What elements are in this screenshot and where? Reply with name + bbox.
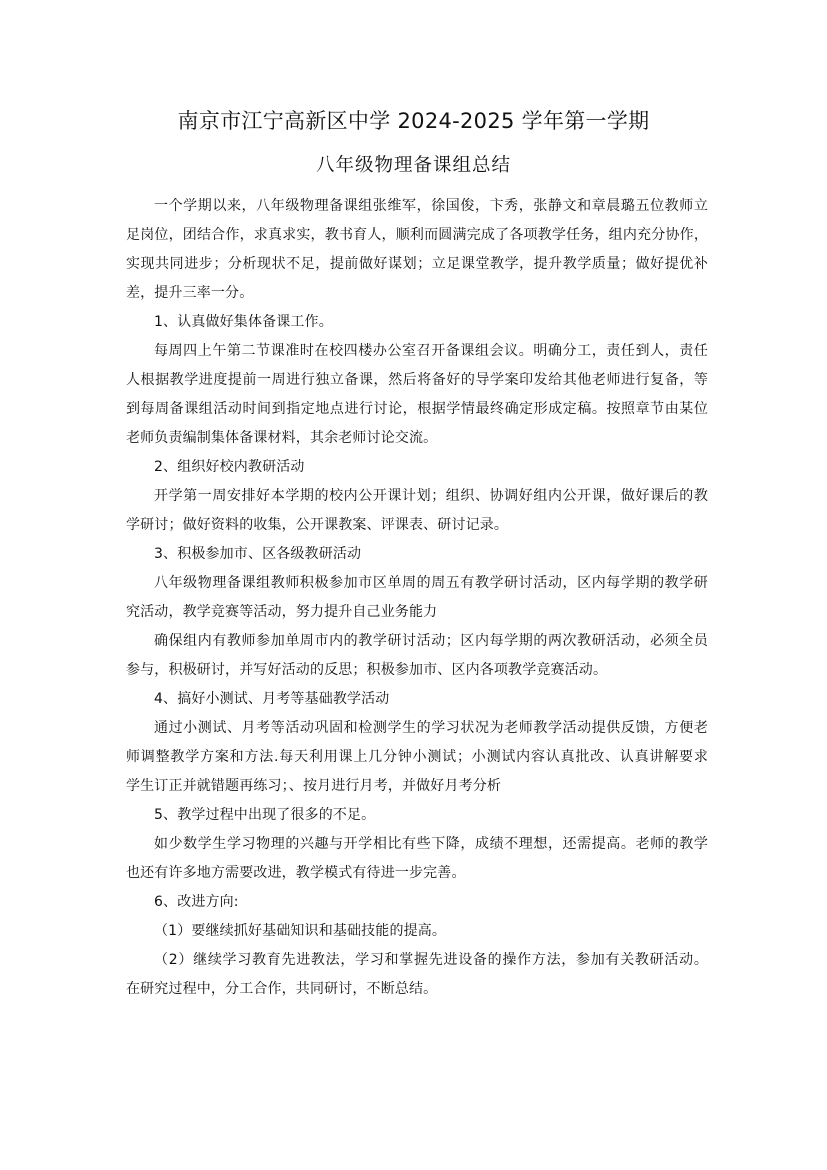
paragraph-line: 八年级物理备课组教师积极参加市区单周的周五有教学研讨活动，区内每学期的教学研	[126, 569, 708, 598]
paragraph-line: 2、组织好校内教研活动	[126, 453, 708, 482]
document-body: 一个学期以来，八年级物理备课组张维军，徐国俊，卞秀，张静文和章晨璐五位教师立足岗…	[126, 192, 708, 1004]
paragraph-line: 也还有许多地方需要改进，教学模式有待进一步完善。	[126, 859, 708, 888]
paragraph-line: 究活动，教学竞赛等活动，努力提升自己业务能力	[126, 598, 708, 627]
paragraph-line: 到每周备课组活动时间到指定地点进行讨论，根据学情最终确定形成定稿。按照章节由某位	[126, 395, 708, 424]
paragraph-line: 师调整教学方案和方法.每天利用课上几分钟小测试；小测试内容认真批改、认真讲解要求	[126, 743, 708, 772]
document-subtitle: 八年级物理备课组总结	[0, 152, 827, 180]
paragraph-line: 学研讨；做好资料的收集，公开课教案、评课表、研讨记录。	[126, 511, 708, 540]
paragraph-line: 在研究过程中，分工合作，共同研讨，不断总结。	[126, 975, 708, 1004]
paragraph-line: 足岗位，团结合作，求真求实，教书育人，顺利而圆满完成了各项教学任务，组内充分协作…	[126, 221, 708, 250]
paragraph-line: 通过小测试、月考等活动巩固和检测学生的学习状况为老师教学活动提供反馈，方便老	[126, 714, 708, 743]
paragraph-line: 确保组内有教师参加单周市内的教学研讨活动；区内每学期的两次教研活动，必须全员	[126, 627, 708, 656]
paragraph-line: 1、认真做好集体备课工作。	[126, 308, 708, 337]
paragraph-line: 如少数学生学习物理的兴趣与开学相比有些下降，成绩不理想，还需提高。老师的教学	[126, 830, 708, 859]
document-title: 南京市江宁高新区中学 2024-2025 学年第一学期	[0, 107, 827, 135]
paragraph-line: 一个学期以来，八年级物理备课组张维军，徐国俊，卞秀，张静文和章晨璐五位教师立	[126, 192, 708, 221]
paragraph-line: 3、积极参加市、区各级教研活动	[126, 540, 708, 569]
paragraph-line: 开学第一周安排好本学期的校内公开课计划；组织、协调好组内公开课，做好课后的教	[126, 482, 708, 511]
paragraph-line: 人根据教学进度提前一周进行独立备课，然后将备好的导学案印发给其他老师进行复备，等	[126, 366, 708, 395]
paragraph-line: 6、改进方向:	[126, 888, 708, 917]
document-page: 南京市江宁高新区中学 2024-2025 学年第一学期 八年级物理备课组总结 一…	[0, 0, 827, 1170]
paragraph-line: 参与，积极研讨，并写好活动的反思；积极参加市、区内各项教学竞赛活动。	[126, 656, 708, 685]
paragraph-line: （2）继续学习教育先进教法，学习和掌握先进设备的操作方法，参加有关教研活动。	[126, 946, 708, 975]
paragraph-line: 学生订正并就错题再练习；、按月进行月考，并做好月考分析	[126, 772, 708, 801]
paragraph-line: （1）要继续抓好基础知识和基础技能的提高。	[126, 917, 708, 946]
paragraph-line: 实现共同进步；分析现状不足，提前做好谋划；立足课堂教学，提升教学质量；做好提优补	[126, 250, 708, 279]
paragraph-line: 5、教学过程中出现了很多的不足。	[126, 801, 708, 830]
paragraph-line: 差，提升三率一分。	[126, 279, 708, 308]
paragraph-line: 4、搞好小测试、月考等基础教学活动	[126, 685, 708, 714]
paragraph-line: 老师负责编制集体备课材料，其余老师讨论交流。	[126, 424, 708, 453]
paragraph-line: 每周四上午第二节课准时在校四楼办公室召开备课组会议。明确分工，责任到人，责任	[126, 337, 708, 366]
